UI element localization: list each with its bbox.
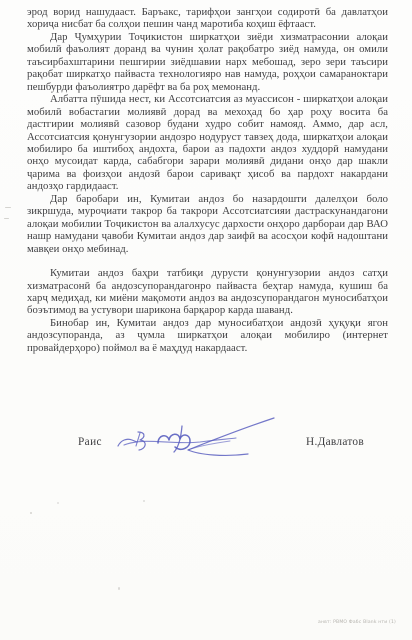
scan-speck	[57, 502, 59, 504]
scan-speck	[30, 512, 32, 514]
handwritten-signature	[112, 412, 287, 467]
paragraph-5: Кумитаи андоз баҳри татбиқи дурусти қону…	[27, 267, 388, 317]
scan-speck	[4, 218, 9, 219]
footer-scan-note: анвт: РВМО Фабс Blank нти (1)	[318, 620, 396, 625]
scan-speck	[5, 207, 11, 208]
paragraph-6: Бинобар ин, Кумитаи андоз дар муносибатҳ…	[27, 317, 388, 354]
scan-speck	[143, 500, 145, 502]
paragraph-4: Дар баробари ин, Кумитаи андоз бо назард…	[27, 193, 388, 255]
scan-speck	[118, 587, 120, 590]
signatory-title: Раис	[78, 436, 102, 448]
letter-body: эрод ворид нашудааст. Баръакс, тарифҳои …	[27, 6, 388, 354]
paragraph-3: Албатта пӯшида нест, ки Ассотсиатсия аз …	[27, 93, 388, 193]
signatory-name: Н.Давлатов	[306, 436, 364, 448]
paragraph-2: Дар Ҷумҳурии Тоҷикистон ширкатҳои зиёди …	[27, 31, 388, 93]
scanned-letter-page: эрод ворид нашудааст. Баръакс, тарифҳои …	[0, 0, 412, 640]
paragraph-1: эрод ворид нашудааст. Баръакс, тарифҳои …	[27, 6, 388, 31]
